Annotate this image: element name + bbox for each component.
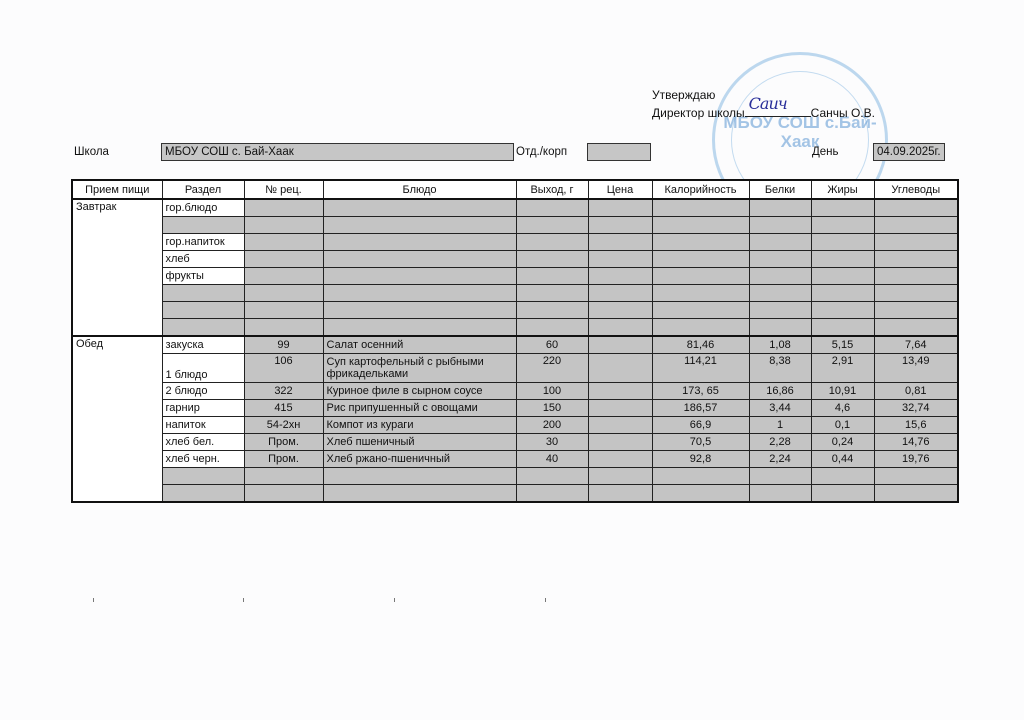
day-field: 04.09.2025г.	[873, 143, 945, 161]
empty-cell	[652, 251, 749, 268]
empty-cell	[323, 234, 516, 251]
recipe-cell: 99	[244, 336, 323, 354]
price-cell	[588, 451, 652, 468]
section-cell	[162, 468, 244, 485]
empty-cell	[516, 302, 588, 319]
empty-cell	[244, 268, 323, 285]
lunch-section: Обедзакуска99Салат осенний6081,461,085,1…	[72, 336, 958, 502]
school-field: МБОУ СОШ с. Бай-Хаак	[161, 143, 514, 161]
scan-mark	[93, 598, 94, 602]
yield-cell: 100	[516, 383, 588, 400]
director-name: Санчы О.В.	[811, 106, 875, 120]
dept-label: Отд./корп	[516, 146, 567, 158]
table-header-row: Прием пищи Раздел № рец. Блюдо Выход, г …	[72, 180, 958, 199]
fat-cell: 2,91	[811, 354, 874, 383]
section-cell	[162, 485, 244, 503]
empty-cell	[874, 268, 958, 285]
table-row: напиток54-2хнКомпот из кураги20066,910,1…	[72, 417, 958, 434]
table-row: хлеб	[72, 251, 958, 268]
col-fat: Жиры	[811, 180, 874, 199]
dish-cell: Рис припушенный с овощами	[323, 400, 516, 417]
kcal-cell	[652, 468, 749, 485]
price-cell	[588, 336, 652, 354]
empty-cell	[749, 217, 811, 234]
section-cell	[162, 217, 244, 234]
empty-cell	[244, 302, 323, 319]
section-cell: хлеб	[162, 251, 244, 268]
empty-cell	[588, 199, 652, 217]
section-cell: напиток	[162, 417, 244, 434]
price-cell	[588, 417, 652, 434]
carbs-cell: 14,76	[874, 434, 958, 451]
table-row	[72, 302, 958, 319]
empty-cell	[749, 319, 811, 337]
kcal-cell: 66,9	[652, 417, 749, 434]
empty-cell	[516, 319, 588, 337]
empty-cell	[874, 319, 958, 337]
empty-cell	[749, 285, 811, 302]
recipe-cell: 322	[244, 383, 323, 400]
yield-cell	[516, 468, 588, 485]
section-cell: 2 блюдо	[162, 383, 244, 400]
yield-cell: 30	[516, 434, 588, 451]
empty-cell	[516, 285, 588, 302]
price-cell	[588, 434, 652, 451]
empty-cell	[244, 319, 323, 337]
empty-cell	[516, 251, 588, 268]
empty-cell	[874, 199, 958, 217]
dish-cell: Салат осенний	[323, 336, 516, 354]
table-row: хлеб бел.Пром.Хлеб пшеничный3070,52,280,…	[72, 434, 958, 451]
empty-cell	[749, 199, 811, 217]
carbs-cell	[874, 468, 958, 485]
empty-cell	[323, 251, 516, 268]
table-row: хлеб черн.Пром.Хлеб ржано-пшеничный4092,…	[72, 451, 958, 468]
table-row	[72, 285, 958, 302]
empty-cell	[588, 319, 652, 337]
section-cell	[162, 285, 244, 302]
meal-cell: Обед	[72, 336, 162, 502]
dish-cell: Компот из кураги	[323, 417, 516, 434]
table-row: Завтракгор.блюдо	[72, 199, 958, 217]
fat-cell: 0,24	[811, 434, 874, 451]
carbs-cell: 32,74	[874, 400, 958, 417]
price-cell	[588, 400, 652, 417]
empty-cell	[588, 251, 652, 268]
kcal-cell: 81,46	[652, 336, 749, 354]
table-row	[72, 468, 958, 485]
empty-cell	[516, 268, 588, 285]
protein-cell	[749, 485, 811, 503]
empty-cell	[652, 319, 749, 337]
col-dish: Блюдо	[323, 180, 516, 199]
menu-table: Прием пищи Раздел № рец. Блюдо Выход, г …	[71, 179, 959, 503]
fat-cell: 0,44	[811, 451, 874, 468]
fat-cell: 5,15	[811, 336, 874, 354]
empty-cell	[652, 268, 749, 285]
empty-cell	[749, 234, 811, 251]
dish-cell	[323, 468, 516, 485]
table-row: Обедзакуска99Салат осенний6081,461,085,1…	[72, 336, 958, 354]
meal-cell: Завтрак	[72, 199, 162, 336]
protein-cell: 1	[749, 417, 811, 434]
school-label: Школа	[74, 146, 109, 158]
empty-cell	[874, 217, 958, 234]
empty-cell	[811, 268, 874, 285]
dept-field	[587, 143, 651, 161]
section-cell: гарнир	[162, 400, 244, 417]
section-cell: закуска	[162, 336, 244, 354]
col-meal: Прием пищи	[72, 180, 162, 199]
kcal-cell: 114,21	[652, 354, 749, 383]
col-yield: Выход, г	[516, 180, 588, 199]
empty-cell	[588, 285, 652, 302]
empty-cell	[811, 234, 874, 251]
empty-cell	[652, 217, 749, 234]
empty-cell	[874, 285, 958, 302]
director-label: Директор школы	[652, 106, 745, 120]
recipe-cell	[244, 468, 323, 485]
price-cell	[588, 383, 652, 400]
col-recipe: № рец.	[244, 180, 323, 199]
table-row: фрукты	[72, 268, 958, 285]
col-price: Цена	[588, 180, 652, 199]
section-cell: хлеб черн.	[162, 451, 244, 468]
empty-cell	[749, 268, 811, 285]
scan-mark	[545, 598, 546, 602]
kcal-cell: 92,8	[652, 451, 749, 468]
section-cell: 1 блюдо	[162, 354, 244, 383]
dish-cell	[323, 485, 516, 503]
kcal-cell: 173, 65	[652, 383, 749, 400]
empty-cell	[323, 319, 516, 337]
approval-block: Утверждаю Директор школыСаичСанчы О.В.	[652, 86, 875, 122]
yield-cell: 220	[516, 354, 588, 383]
empty-cell	[588, 217, 652, 234]
protein-cell: 3,44	[749, 400, 811, 417]
section-cell: хлеб бел.	[162, 434, 244, 451]
carbs-cell	[874, 485, 958, 503]
kcal-cell: 70,5	[652, 434, 749, 451]
empty-cell	[323, 268, 516, 285]
dish-cell: Суп картофельный с рыбными фрикадельками	[323, 354, 516, 383]
empty-cell	[874, 251, 958, 268]
empty-cell	[516, 217, 588, 234]
section-cell: фрукты	[162, 268, 244, 285]
table-row	[72, 217, 958, 234]
fat-cell: 10,91	[811, 383, 874, 400]
empty-cell	[588, 302, 652, 319]
table-row: гор.напиток	[72, 234, 958, 251]
empty-cell	[811, 251, 874, 268]
empty-cell	[244, 199, 323, 217]
empty-cell	[749, 302, 811, 319]
table-row: 1 блюдо106Суп картофельный с рыбными фри…	[72, 354, 958, 383]
col-section: Раздел	[162, 180, 244, 199]
table-row: гарнир415Рис припушенный с овощами150186…	[72, 400, 958, 417]
col-protein: Белки	[749, 180, 811, 199]
director-line: Директор школыСаичСанчы О.В.	[652, 104, 875, 122]
carbs-cell: 13,49	[874, 354, 958, 383]
signature-line: Саич	[745, 104, 811, 117]
scan-mark	[243, 598, 244, 602]
empty-cell	[244, 285, 323, 302]
empty-cell	[652, 302, 749, 319]
dish-cell: Куриное филе в сырном соусе	[323, 383, 516, 400]
protein-cell: 1,08	[749, 336, 811, 354]
empty-cell	[874, 302, 958, 319]
yield-cell	[516, 485, 588, 503]
recipe-cell: Пром.	[244, 434, 323, 451]
protein-cell	[749, 468, 811, 485]
recipe-cell	[244, 485, 323, 503]
empty-cell	[323, 199, 516, 217]
empty-cell	[749, 251, 811, 268]
recipe-cell: 54-2хн	[244, 417, 323, 434]
carbs-cell: 7,64	[874, 336, 958, 354]
empty-cell	[811, 302, 874, 319]
day-label: День	[812, 146, 839, 158]
empty-cell	[588, 268, 652, 285]
yield-cell: 150	[516, 400, 588, 417]
empty-cell	[323, 302, 516, 319]
fat-cell	[811, 468, 874, 485]
carbs-cell: 0,81	[874, 383, 958, 400]
empty-cell	[811, 199, 874, 217]
empty-cell	[874, 234, 958, 251]
fat-cell: 4,6	[811, 400, 874, 417]
price-cell	[588, 485, 652, 503]
table-row	[72, 485, 958, 503]
empty-cell	[811, 285, 874, 302]
protein-cell: 8,38	[749, 354, 811, 383]
signature: Саич	[749, 95, 787, 113]
section-cell: гор.напиток	[162, 234, 244, 251]
price-cell	[588, 468, 652, 485]
kcal-cell	[652, 485, 749, 503]
scan-mark	[394, 598, 395, 602]
empty-cell	[244, 251, 323, 268]
carbs-cell: 15,6	[874, 417, 958, 434]
carbs-cell: 19,76	[874, 451, 958, 468]
empty-cell	[588, 234, 652, 251]
col-carbs: Углеводы	[874, 180, 958, 199]
empty-cell	[516, 199, 588, 217]
section-cell: гор.блюдо	[162, 199, 244, 217]
kcal-cell: 186,57	[652, 400, 749, 417]
empty-cell	[811, 319, 874, 337]
empty-cell	[811, 217, 874, 234]
empty-cell	[516, 234, 588, 251]
empty-cell	[323, 217, 516, 234]
table-row: 2 блюдо322Куриное филе в сырном соусе100…	[72, 383, 958, 400]
price-cell	[588, 354, 652, 383]
protein-cell: 16,86	[749, 383, 811, 400]
fat-cell	[811, 485, 874, 503]
fat-cell: 0,1	[811, 417, 874, 434]
section-cell	[162, 302, 244, 319]
empty-cell	[244, 234, 323, 251]
empty-cell	[323, 285, 516, 302]
empty-cell	[652, 285, 749, 302]
empty-cell	[652, 199, 749, 217]
recipe-cell: 415	[244, 400, 323, 417]
empty-cell	[652, 234, 749, 251]
protein-cell: 2,24	[749, 451, 811, 468]
recipe-cell: 106	[244, 354, 323, 383]
yield-cell: 40	[516, 451, 588, 468]
col-kcal: Калорийность	[652, 180, 749, 199]
breakfast-section: Завтракгор.блюдогор.напитокхлебфрукты	[72, 199, 958, 336]
dish-cell: Хлеб ржано-пшеничный	[323, 451, 516, 468]
empty-cell	[244, 217, 323, 234]
dish-cell: Хлеб пшеничный	[323, 434, 516, 451]
section-cell	[162, 319, 244, 337]
table-row	[72, 319, 958, 337]
yield-cell: 200	[516, 417, 588, 434]
yield-cell: 60	[516, 336, 588, 354]
protein-cell: 2,28	[749, 434, 811, 451]
recipe-cell: Пром.	[244, 451, 323, 468]
